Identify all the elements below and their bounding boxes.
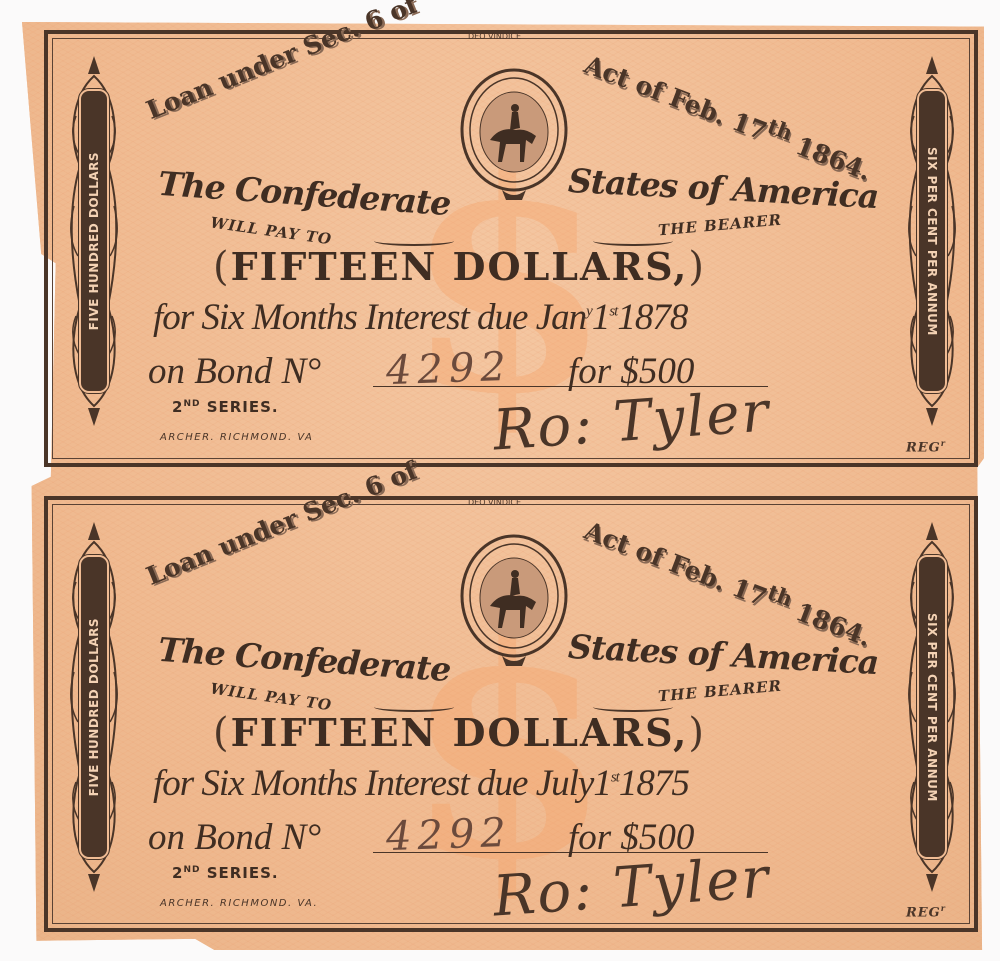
five-hundred-dollars-panel: FIVE HUNDRED DOLLARS	[66, 56, 122, 426]
reg-text: REG	[906, 440, 941, 455]
registrar-label: REGr	[906, 903, 946, 920]
equestrian-seal-icon	[450, 60, 578, 200]
panel-label-box: SIX PER CENT PER ANNUM	[917, 555, 947, 859]
bond-number-handwritten: 4292	[385, 810, 512, 860]
printer-imprint: ARCHER. RICHMOND. VA	[160, 432, 313, 443]
due-year: 1878	[617, 297, 687, 338]
interest-coupon-july-1875: $ FIVE HUNDRED DOLLARS SIX PER CENT PER …	[44, 496, 978, 932]
interest-due-line: for Six Months Interest due July1st1875	[153, 762, 689, 805]
series-label: 2ND SERIES.	[172, 398, 279, 416]
reg-text: REG	[906, 905, 941, 920]
series-num: 2	[172, 398, 183, 416]
panel-label-box: SIX PER CENT PER ANNUM	[917, 89, 947, 393]
panel-text: SIX PER CENT PER ANNUM	[925, 147, 939, 336]
equestrian-seal-icon	[450, 526, 578, 666]
coupon-amount: (FIFTEEN DOLLARS,)	[213, 710, 706, 756]
series-sup: ND	[183, 399, 200, 409]
bond-label: on Bond N°	[148, 350, 321, 393]
six-percent-panel: SIX PER CENT PER ANNUM	[904, 522, 960, 892]
series-num: 2	[172, 864, 183, 882]
amount-text: FIFTEEN DOLLARS,	[231, 244, 689, 289]
panel-text: FIVE HUNDRED DOLLARS	[87, 618, 101, 796]
amount-text: FIFTEEN DOLLARS,	[231, 710, 689, 755]
interest-text: for Six Months Interest due July	[153, 763, 593, 804]
reg-sup: r	[941, 903, 946, 913]
registrar-label: REGr	[906, 438, 946, 455]
bond-label: on Bond N°	[148, 816, 321, 859]
five-hundred-dollars-panel: FIVE HUNDRED DOLLARS	[66, 522, 122, 892]
panel-label-box: FIVE HUNDRED DOLLARS	[79, 89, 109, 393]
interest-text: for Six Months Interest due Jan	[153, 297, 586, 338]
coupon-amount: (FIFTEEN DOLLARS,)	[213, 244, 706, 290]
interest-due-line: for Six Months Interest due Jany1st1878	[153, 296, 687, 339]
bond-number-handwritten: 4292	[385, 344, 512, 394]
due-day: 1	[593, 763, 611, 804]
series-text: SERIES.	[207, 398, 279, 416]
interest-coupon-jan-1878: $ FIVE HUNDRED DOLLARS SIX PER CENT PER …	[44, 30, 978, 467]
panel-label-box: FIVE HUNDRED DOLLARS	[79, 555, 109, 859]
due-year: 1875	[619, 763, 689, 804]
panel-text: FIVE HUNDRED DOLLARS	[87, 152, 101, 330]
series-sup: ND	[183, 865, 200, 875]
series-text: SERIES.	[207, 864, 279, 882]
printer-imprint: ARCHER. RICHMOND. VA.	[160, 898, 318, 909]
motto: DEO VINDICE	[468, 498, 521, 507]
day-sup: st	[611, 770, 619, 786]
reg-sup: r	[941, 438, 946, 448]
series-label: 2ND SERIES.	[172, 864, 279, 882]
panel-text: SIX PER CENT PER ANNUM	[925, 613, 939, 802]
due-day: 1	[592, 297, 610, 338]
six-percent-panel: SIX PER CENT PER ANNUM	[904, 56, 960, 426]
motto: DEO VINDICE	[468, 32, 521, 41]
